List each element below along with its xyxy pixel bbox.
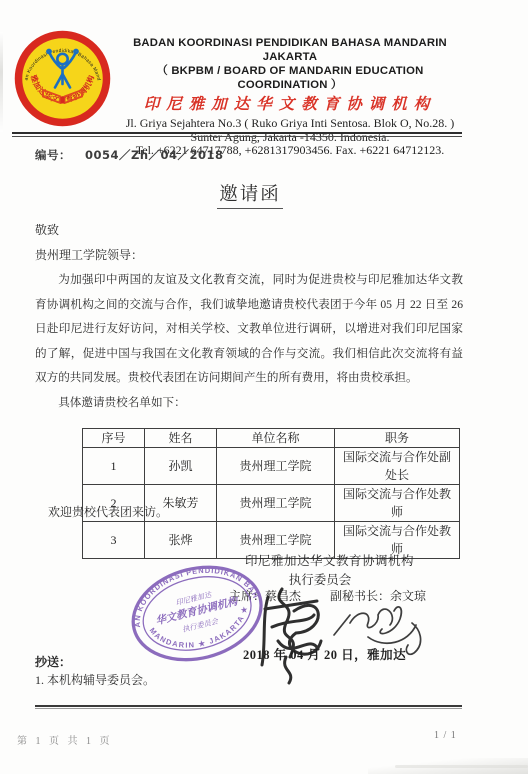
- page-number-right: 1 / 1: [434, 730, 457, 741]
- cell-position: 国际交流与合作处教师: [335, 485, 460, 522]
- salutation-addressee: 贵州理工学院领导：: [35, 246, 143, 263]
- column-header-no: 序号: [83, 429, 145, 448]
- document-title-row: 邀请函: [0, 180, 500, 209]
- cell-name: 孙凯: [145, 448, 217, 485]
- closing-sentence: 欢迎贵校代表团来访。: [48, 503, 168, 520]
- reference-number-line: 编号：0054／Zh／04／2018: [35, 147, 224, 163]
- cell-no: 3: [83, 522, 145, 559]
- cc-item: 1. 本机构辅导委员会。: [35, 671, 155, 688]
- salutation-greeting: 敬致: [35, 221, 59, 238]
- scan-edge-artifact: [0, 32, 3, 132]
- cell-no: 1: [83, 448, 145, 485]
- reference-number: 0054／Zh／04／2018: [85, 148, 224, 162]
- body-paragraph-1: 为加强印中两国的友谊及文化教育交流，同时为促进贵校与印尼雅加达华文教育协调机构之…: [35, 268, 463, 391]
- letterhead-text-block: BADAN KOORDINASI PENDIDIKAN BAHASA MANDA…: [110, 36, 470, 158]
- page-number-left: 第 1 页 共 1 页: [17, 732, 113, 747]
- org-name-english: （ BKPBM / BOARD OF MANDARIN EDUCATION CO…: [110, 64, 470, 92]
- cell-unit: 贵州理工学院: [217, 448, 335, 485]
- scanned-letter-page: Badan Koordinasi Pendidikan Bahasa Manda…: [0, 0, 528, 774]
- column-header-position: 职务: [335, 429, 460, 448]
- organization-logo-icon: Badan Koordinasi Pendidikan Bahasa Manda…: [14, 30, 111, 127]
- table-header-row: 序号 姓名 单位名称 职务: [83, 429, 460, 448]
- reference-label: 编号：: [35, 148, 71, 162]
- delegation-roster-table: 序号 姓名 单位名称 职务 1 孙凯 贵州理工学院 国际交流与合作处副处长 2 …: [82, 428, 460, 559]
- column-header-name: 姓名: [145, 429, 217, 448]
- footer-divider-rule: [35, 705, 462, 709]
- table-row: 1 孙凯 贵州理工学院 国际交流与合作处副处长: [83, 448, 460, 485]
- signature-date: 2018 年 04 月 20 日，雅加达: [243, 645, 406, 663]
- document-title: 邀请函: [217, 180, 283, 209]
- column-header-unit: 单位名称: [217, 429, 335, 448]
- handwritten-signatures: [222, 573, 440, 688]
- body-paragraph-2: 具体邀请贵校名单如下：: [35, 391, 463, 416]
- scan-edge-band: [395, 765, 528, 768]
- cell-unit: 贵州理工学院: [217, 485, 335, 522]
- letter-body: 为加强印中两国的友谊及文化教育交流，同时为促进贵校与印尼雅加达华文教育协调机构之…: [35, 268, 463, 416]
- org-name-indonesian: BADAN KOORDINASI PENDIDIKAN BAHASA MANDA…: [110, 36, 470, 64]
- chairman-signature-ink: [262, 589, 321, 683]
- org-name-chinese: 印尼雅加达华文教育协调机构: [110, 96, 470, 114]
- cell-position: 国际交流与合作处副处长: [335, 448, 460, 485]
- cc-label: 抄送：: [35, 653, 71, 670]
- org-address-line1: Jl. Griya Sejahtera No.3 ( Ruko Griya In…: [110, 117, 470, 131]
- letterhead-divider-rule: [12, 132, 462, 137]
